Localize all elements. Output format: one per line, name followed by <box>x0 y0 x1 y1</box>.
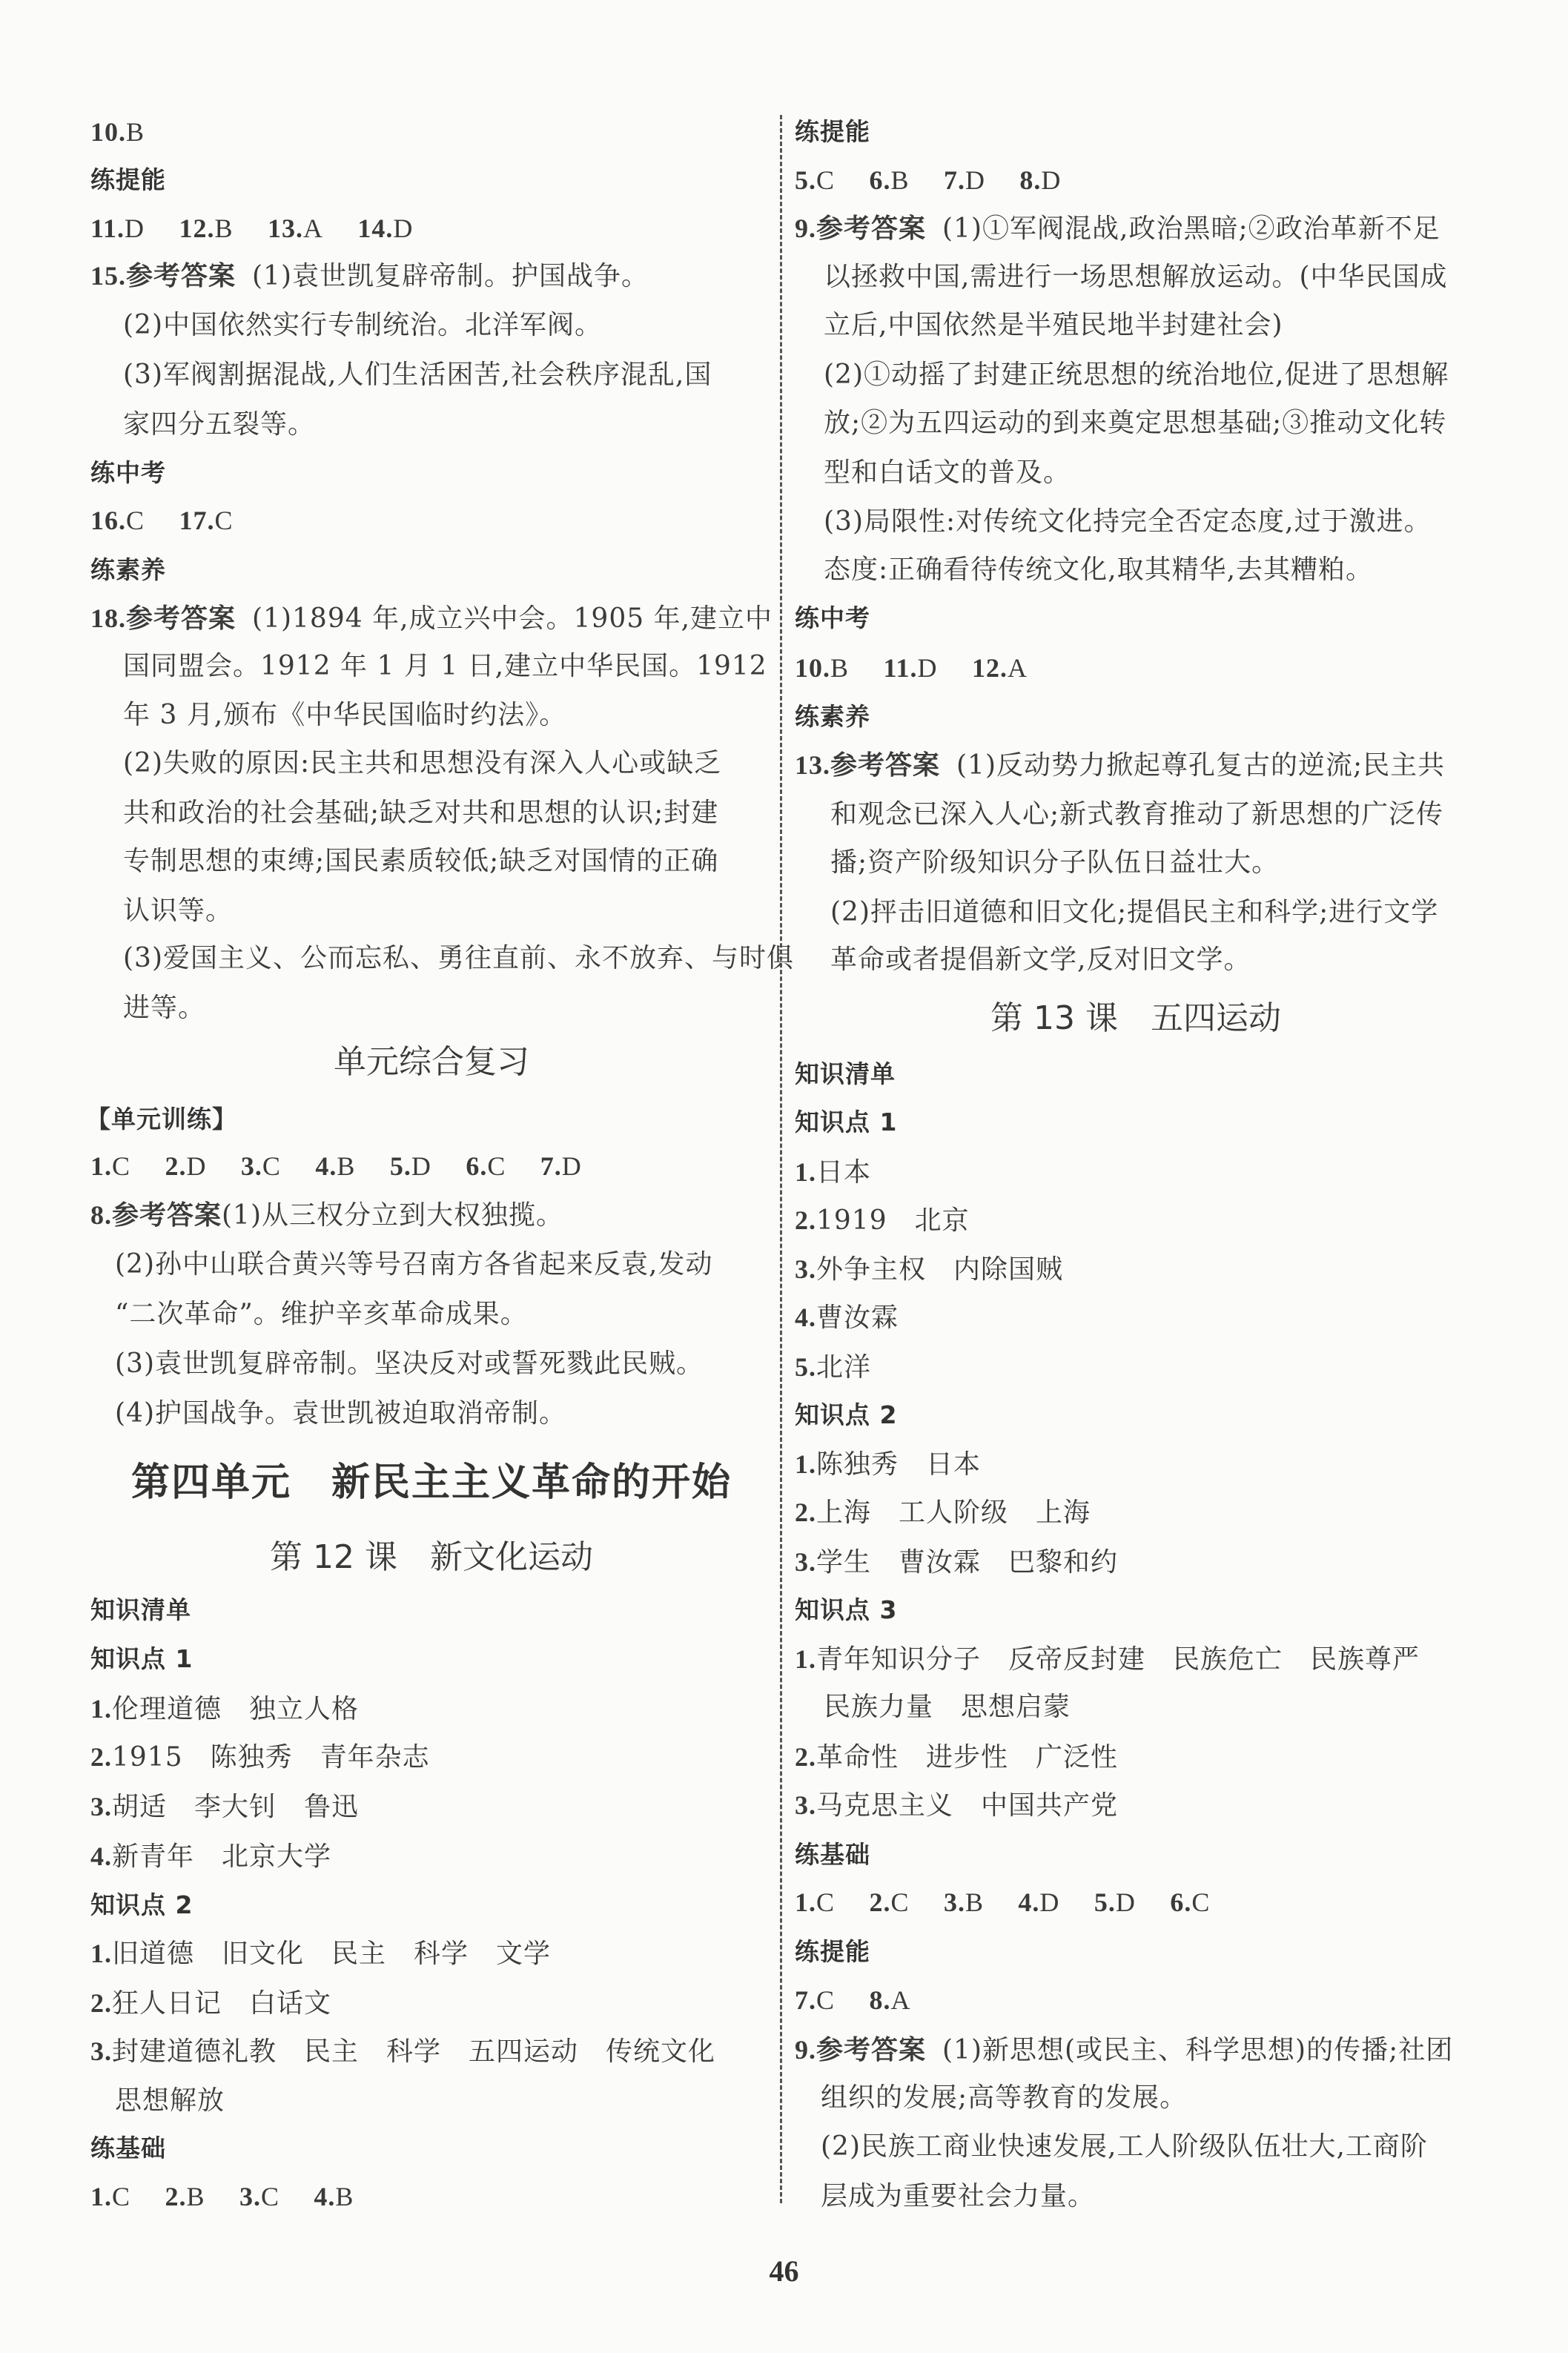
answer-text: 放;②为五四运动的到来奠定思想基础;③推动文化转 <box>824 407 1446 440</box>
list-item: 2.狂人日记 白话文 <box>90 1987 331 2019</box>
unit-training-heading: 【单元训练】 <box>86 1103 237 1136</box>
answer-text: (2)①动摇了封建正统思想的统治地位,促进了思想解 <box>824 359 1449 391</box>
list-item: 3.胡适 李大钊 鲁迅 <box>90 1790 359 1823</box>
answer-row: 1.C 2.B 3.C 4.B <box>90 2180 354 2213</box>
list-item: 1.伦理道德 独立人格 <box>90 1692 359 1725</box>
answer-text: 和观念已深入人心;新式教育推动了新思想的广泛传 <box>830 798 1443 831</box>
unit-review-title: 单元综合复习 <box>90 1042 773 1083</box>
answer-text: (3)局限性:对传统文化持完全否定态度,过于激进。 <box>824 506 1432 538</box>
list-item: 5.北洋 <box>795 1351 871 1383</box>
answer-text: 年 3 月,颁布《中华民国临时约法》。 <box>123 699 566 732</box>
page-number: 46 <box>0 2254 1568 2289</box>
answer-text: (2)抨击旧道德和旧文化;提倡民主和科学;进行文学 <box>830 896 1438 929</box>
answer-text: (3)爱国主义、公而忘私、勇往直前、永不放弃、与时俱 <box>123 942 794 975</box>
answer-text: 型和白话文的普及。 <box>824 457 1071 489</box>
answer-row: 10.B 11.D 12.A <box>795 652 1028 684</box>
section-heading-practice-ability: 练提能 <box>90 164 166 196</box>
section-heading-practice-basic: 练基础 <box>795 1839 870 1871</box>
answer-row: 10.B <box>90 116 145 148</box>
list-item: 1.日本 <box>795 1156 871 1188</box>
answer-text: 国同盟会。1912 年 1 月 1 日,建立中华民国。1912 <box>123 650 767 683</box>
list-item: 4.曹汝霖 <box>795 1301 899 1334</box>
list-item: 1.陈独秀 日本 <box>795 1448 981 1480</box>
column-divider <box>780 115 782 2203</box>
answer-text: 进等。 <box>123 992 205 1025</box>
answer-text: 革命或者提倡新文学,反对旧文学。 <box>830 944 1251 976</box>
answer-text: (2)中国依然实行专制统治。北洋军阀。 <box>123 309 602 342</box>
knowledge-point-heading: 知识点 1 <box>795 1106 897 1139</box>
answer-text: (2)民族工商业快速发展,工人阶级队伍壮大,工商阶 <box>821 2131 1428 2163</box>
section-heading-practice-literacy: 练素养 <box>90 554 166 586</box>
lesson-13-title: 第 13 课 五四运动 <box>795 998 1477 1039</box>
unit-4-title: 第四单元 新民主主义革命的开始 <box>90 1459 773 1506</box>
answer-row: 11.D 12.B 13.A 14.D <box>90 212 413 245</box>
section-heading-practice-ability: 练提能 <box>795 116 870 148</box>
knowledge-point-heading: 知识点 3 <box>795 1594 897 1626</box>
list-item: 1.青年知识分子 反帝反封建 民族危亡 民族尊严 <box>795 1643 1420 1675</box>
list-item: 3.外争主权 内除国贼 <box>795 1253 1063 1285</box>
answer-text: (3)袁世凯复辟帝制。坚决反对或誓死戮此民贼。 <box>115 1348 704 1380</box>
answer-key-page: 10.B 练提能 11.D 12.B 13.A 14.D 15.参考答案(1)袁… <box>0 0 1568 2353</box>
answer-row: 7.C 8.A <box>795 1984 910 2016</box>
answer-text: (2)孙中山联合黄兴等号召南方各省起来反袁,发动 <box>115 1248 712 1281</box>
answer-text: “二次革命”。维护辛亥革命成果。 <box>115 1298 528 1331</box>
reference-answer: 9.参考答案(1)新思想(或民主、科学思想)的传播;社团 <box>795 2033 1453 2066</box>
list-item: 1.旧道德 旧文化 民主 科学 文学 <box>90 1937 551 1970</box>
answer-row: 16.C 17.C <box>90 504 233 537</box>
section-heading-practice-exam: 练中考 <box>795 602 870 635</box>
reference-answer: 13.参考答案(1)反动势力掀起尊孔复古的逆流;民主共 <box>795 749 1445 781</box>
list-item: 2.1919 北京 <box>795 1204 970 1237</box>
list-item: 2.革命性 进步性 广泛性 <box>795 1741 1118 1773</box>
answer-text: (2)失败的原因:民主共和思想没有深入人心或缺乏 <box>123 747 721 780</box>
reference-answer: 15.参考答案(1)袁世凯复辟帝制。护国战争。 <box>90 259 649 292</box>
answer-text: 以拯救中国,需进行一场思想解放运动。(中华民国成 <box>824 261 1448 294</box>
answer-text: 认识等。 <box>123 895 233 927</box>
answer-text: 层成为重要社会力量。 <box>821 2180 1095 2213</box>
answer-text: 共和政治的社会基础;缺乏对共和思想的认识;封建 <box>123 797 718 830</box>
knowledge-list-heading: 知识清单 <box>795 1058 896 1091</box>
list-item-continuation: 思想解放 <box>115 2085 225 2117</box>
answer-text: 专制思想的束缚;国民素质较低;缺乏对国情的正确 <box>123 845 718 878</box>
answer-text: (3)军阀割据混战,人们生活困苦,社会秩序混乱,国 <box>123 359 712 391</box>
reference-answer: 8.参考答案(1)从三权分立到大权独揽。 <box>90 1199 563 1231</box>
answer-text: 态度:正确看待传统文化,取其精华,去其糟粕。 <box>824 554 1373 586</box>
section-heading-practice-literacy: 练素养 <box>795 701 870 733</box>
answer-row: 1.C 2.C 3.B 4.D 5.D 6.C <box>795 1886 1210 1919</box>
lesson-12-title: 第 12 课 新文化运动 <box>90 1537 773 1578</box>
list-item: 3.封建道德礼教 民主 科学 五四运动 传统文化 <box>90 2035 715 2068</box>
answer-text: (4)护国战争。袁世凯被迫取消帝制。 <box>115 1397 566 1430</box>
list-item: 4.新青年 北京大学 <box>90 1840 331 1873</box>
list-item: 3.学生 曹汝霖 巴黎和约 <box>795 1546 1118 1578</box>
section-heading-practice-exam: 练中考 <box>90 457 166 489</box>
answer-text: 立后,中国依然是半殖民地半封建社会) <box>824 309 1283 342</box>
list-item: 2.上海 工人阶级 上海 <box>795 1496 1091 1529</box>
knowledge-point-heading: 知识点 1 <box>90 1643 193 1675</box>
answer-text: 播;资产阶级知识分子队伍日益壮大。 <box>830 847 1279 879</box>
knowledge-point-heading: 知识点 2 <box>795 1399 897 1432</box>
reference-answer: 9.参考答案(1)①军阀混战,政治黑暗;②政治革新不足 <box>795 212 1440 245</box>
list-item-continuation: 民族力量 思想启蒙 <box>824 1691 1071 1724</box>
reference-answer: 18.参考答案(1)1894 年,成立兴中会。1905 年,建立中 <box>90 602 773 635</box>
list-item: 3.马克思主义 中国共产党 <box>795 1789 1118 1821</box>
answer-row: 1.C 2.D 3.C 4.B 5.D 6.C 7.D <box>90 1150 582 1182</box>
knowledge-point-heading: 知识点 2 <box>90 1889 193 1922</box>
answer-text: 家四分五裂等。 <box>123 408 315 441</box>
answer-text: 组织的发展;高等教育的发展。 <box>821 2082 1187 2114</box>
knowledge-list-heading: 知识清单 <box>90 1594 191 1626</box>
list-item: 2.1915 陈独秀 青年杂志 <box>90 1741 430 1773</box>
answer-row: 5.C 6.B 7.D 8.D <box>795 164 1061 196</box>
section-heading-practice-ability: 练提能 <box>795 1936 870 1968</box>
section-heading-practice-basic: 练基础 <box>90 2132 166 2165</box>
